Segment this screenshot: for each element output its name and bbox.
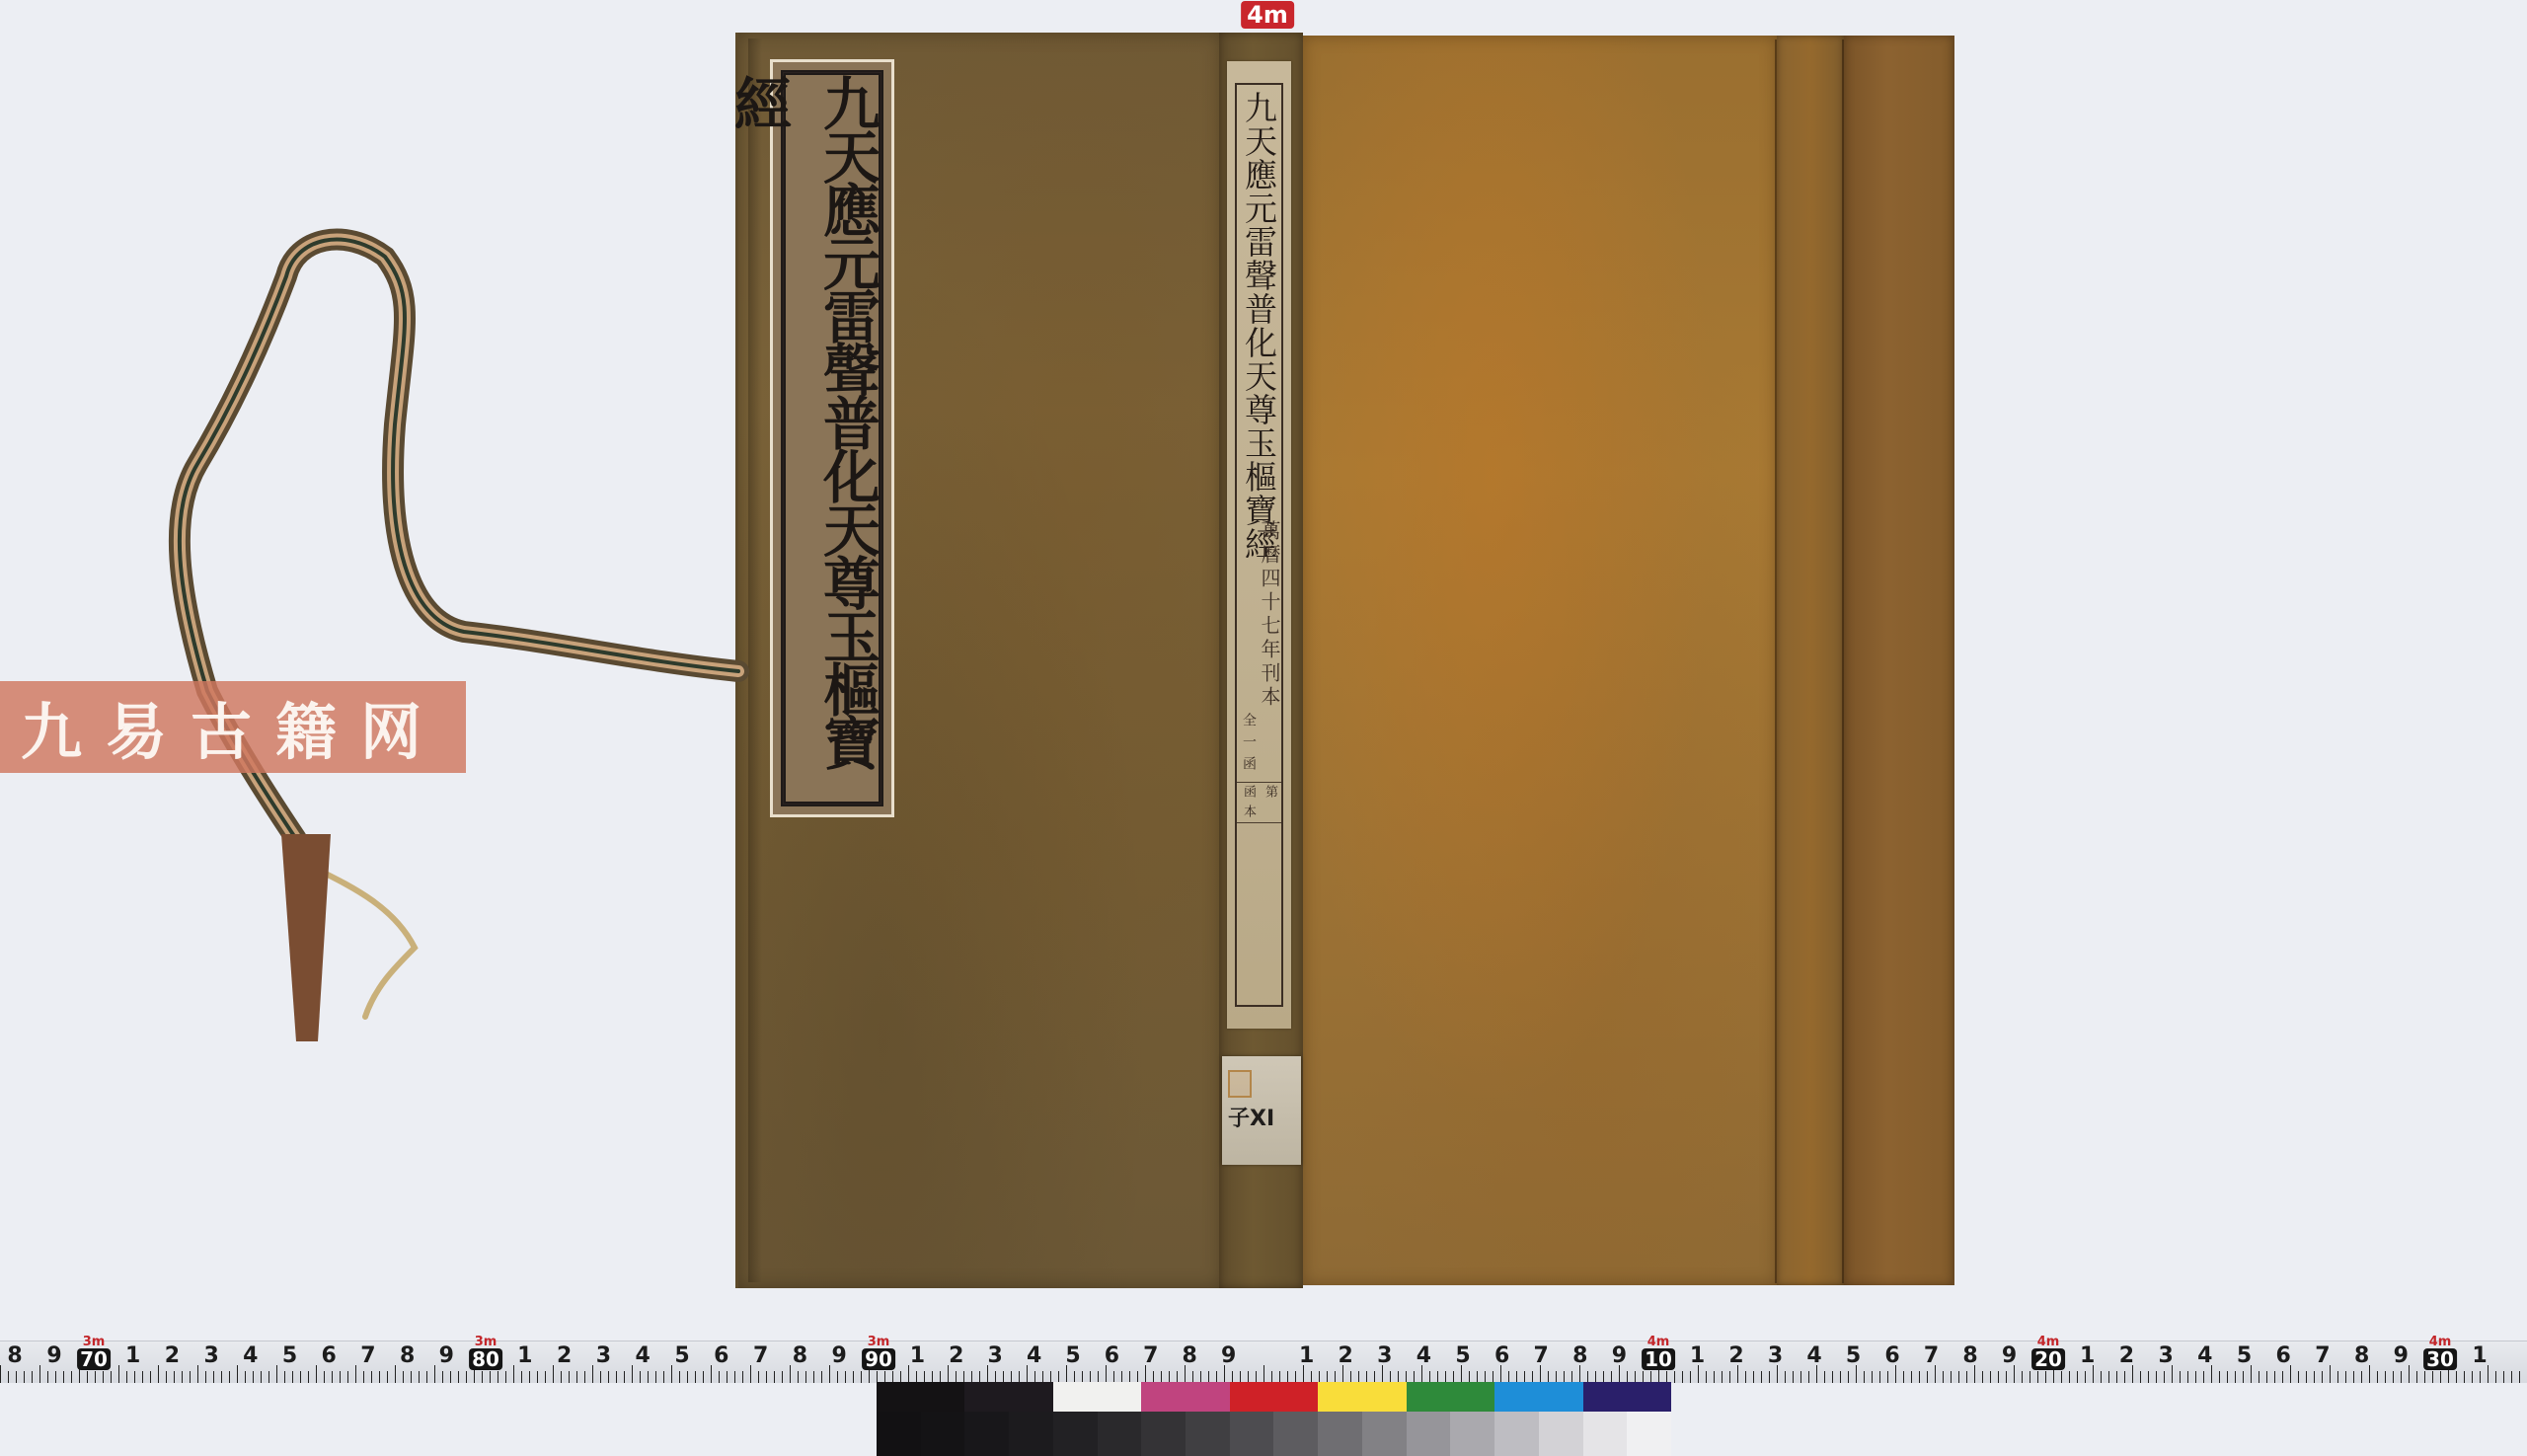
gray-patch (1053, 1412, 1098, 1456)
ruler-digit: 1 (910, 1343, 925, 1368)
gray-patch (1407, 1412, 1451, 1456)
ruler-digit: 4 (1806, 1343, 1821, 1368)
ruler-digit: 4 (1417, 1343, 1431, 1368)
ruler-digit: 8 (7, 1343, 22, 1368)
ruler-digit: 7 (1924, 1343, 1939, 1368)
ruler-digit: 7 (2315, 1343, 2330, 1368)
ruler-digit: 4 (2197, 1343, 2212, 1368)
gray-patch (1627, 1412, 1671, 1456)
ruler-digit: 9 (439, 1343, 454, 1368)
ruler-digit: 5 (282, 1343, 297, 1368)
ruler-digit: 1 (1690, 1343, 1705, 1368)
color-patch (1318, 1382, 1406, 1412)
gray-patch (1539, 1412, 1583, 1456)
ruler-digit: 6 (1494, 1343, 1509, 1368)
ruler-digit: 7 (1143, 1343, 1158, 1368)
ruler-digit: 3 (1377, 1343, 1392, 1368)
color-patch (1583, 1382, 1671, 1412)
color-patch (1053, 1382, 1141, 1412)
ruler-digit: 4 (1027, 1343, 1041, 1368)
ruler-digit: 6 (1884, 1343, 1899, 1368)
ruler-digit: 8 (1572, 1343, 1587, 1368)
color-patch (1141, 1382, 1229, 1412)
ruler-digit: 3 (2158, 1343, 2173, 1368)
gray-patch (1318, 1412, 1362, 1456)
ruler-digit: 9 (2002, 1343, 2017, 1368)
gray-patch (1583, 1412, 1628, 1456)
color-patch (1494, 1382, 1582, 1412)
gray-patch (1273, 1412, 1318, 1456)
ruler-digit: 6 (322, 1343, 337, 1368)
ruler-digit: 1 (1299, 1343, 1314, 1368)
ruler-digit: 6 (2276, 1343, 2291, 1368)
ruler-digit: 5 (2237, 1343, 2252, 1368)
gray-patch (1230, 1412, 1274, 1456)
ruler-digit: 2 (1728, 1343, 1743, 1368)
ruler-digit: 4 (636, 1343, 651, 1368)
ruler-digit: 7 (1534, 1343, 1549, 1368)
ruler-4m-marker: 4m (1241, 1, 1294, 29)
ruler-digit: 5 (1065, 1343, 1080, 1368)
ruler-major-mark: 3m70 (77, 1336, 111, 1370)
ruler-digit: 2 (165, 1343, 180, 1368)
ruler-digit: 8 (2354, 1343, 2369, 1368)
watermark-banner: 九易古籍网 (0, 681, 466, 773)
ruler-digit: 3 (203, 1343, 218, 1368)
ruler-digit: 8 (1183, 1343, 1197, 1368)
ruler-digit: 9 (46, 1343, 61, 1368)
ruler-digit: 2 (557, 1343, 572, 1368)
color-patch (1407, 1382, 1494, 1412)
ruler-digit: 8 (793, 1343, 807, 1368)
bone-toggle (281, 834, 331, 1041)
gray-patch (877, 1412, 921, 1456)
color-patch (1230, 1382, 1318, 1412)
ruler-major-mark: 4m20 (2031, 1336, 2065, 1370)
ruler-digit: 9 (832, 1343, 847, 1368)
gray-patch (1494, 1412, 1539, 1456)
gray-patch (921, 1412, 965, 1456)
gray-patch (1186, 1412, 1230, 1456)
grayscale-patches (877, 1412, 1671, 1456)
ruler-digit: 1 (2080, 1343, 2095, 1368)
ruler-digit: 5 (1455, 1343, 1470, 1368)
ruler-digit: 3 (988, 1343, 1003, 1368)
ruler-digit: 1 (125, 1343, 140, 1368)
ruler-digit: 8 (400, 1343, 415, 1368)
ruler-digit: 2 (2119, 1343, 2134, 1368)
ruler-digit: 5 (674, 1343, 689, 1368)
ruler-major-mark: 3m80 (469, 1336, 502, 1370)
gray-patch (1098, 1412, 1142, 1456)
ruler-digit: 1 (517, 1343, 532, 1368)
measuring-ruler: 893m701234567893m801234567893m9012345678… (0, 1341, 2527, 1383)
ruler-digit: 2 (949, 1343, 963, 1368)
watermark-text: 九易古籍网 (21, 683, 445, 771)
ruler-digit: 7 (360, 1343, 375, 1368)
ruler-digit: 5 (1846, 1343, 1861, 1368)
ruler-major-mark: 4m30 (2423, 1336, 2457, 1370)
ruler-digit: 2 (1339, 1343, 1353, 1368)
gray-patch (1009, 1412, 1053, 1456)
ruler-digit: 3 (596, 1343, 611, 1368)
ruler-digit: 3 (1768, 1343, 1783, 1368)
ruler-digit: 4 (243, 1343, 258, 1368)
ruler-major-mark: 3m90 (862, 1336, 895, 1370)
color-patches (877, 1382, 1671, 1412)
color-patch (964, 1382, 1052, 1412)
gray-patch (1141, 1412, 1186, 1456)
ruler-digit: 9 (1612, 1343, 1627, 1368)
ruler-digit: 9 (1221, 1343, 1236, 1368)
ruler-digit: 9 (2394, 1343, 2409, 1368)
gray-patch (1450, 1412, 1494, 1456)
ruler-digit: 6 (714, 1343, 728, 1368)
color-patch (877, 1382, 964, 1412)
ruler-major-ticks (0, 1365, 2527, 1383)
ruler-major-mark: 4m10 (1642, 1336, 1675, 1370)
ruler-digit: 1 (2472, 1343, 2487, 1368)
ruler-digit: 6 (1105, 1343, 1119, 1368)
ruler-digit: 8 (1962, 1343, 1977, 1368)
ruler-digit: 7 (753, 1343, 768, 1368)
color-calibration-chart (877, 1382, 1671, 1456)
gray-patch (964, 1412, 1009, 1456)
gray-patch (1362, 1412, 1407, 1456)
